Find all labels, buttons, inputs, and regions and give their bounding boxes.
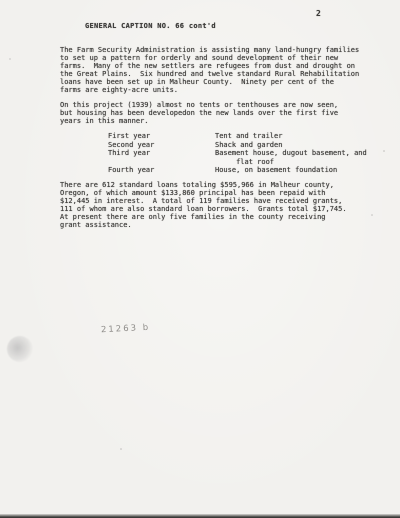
paragraph-housing-intro: On this project (1939) almost no tents o… bbox=[60, 102, 338, 126]
document-page: 2 GENERAL CAPTION NO. 66 cont'd The Farm… bbox=[0, 0, 400, 518]
paper-speck bbox=[9, 58, 11, 60]
paper-speck bbox=[383, 150, 385, 152]
housing-progression-list: First year Tent and trailer Second year … bbox=[108, 132, 367, 175]
list-item: Second year Shack and garden bbox=[108, 141, 367, 150]
stamp-smudge bbox=[7, 336, 33, 362]
year-value: Tent and trailer bbox=[215, 132, 282, 141]
list-item: Fourth year House, on basement foundatio… bbox=[108, 166, 367, 175]
scan-bottom-edge bbox=[0, 514, 400, 518]
year-value: Basement house, dugout basement, and fla… bbox=[215, 149, 367, 166]
paragraph-fsa-overview: The Farm Security Administration is assi… bbox=[60, 47, 359, 94]
paragraph-loan-statistics: There are 612 standard loans totaling $5… bbox=[60, 182, 347, 229]
handwritten-archive-number: 21263 b bbox=[101, 323, 151, 336]
year-label: First year bbox=[108, 132, 215, 141]
list-item: Third year Basement house, dugout baseme… bbox=[108, 149, 367, 166]
year-label: Third year bbox=[108, 149, 215, 158]
year-value: House, on basement foundation bbox=[215, 166, 337, 175]
caption-header: GENERAL CAPTION NO. 66 cont'd bbox=[85, 23, 216, 31]
list-item: First year Tent and trailer bbox=[108, 132, 367, 141]
paper-speck bbox=[120, 448, 122, 450]
year-label: Second year bbox=[108, 141, 215, 150]
paper-speck bbox=[371, 214, 373, 216]
year-label: Fourth year bbox=[108, 166, 215, 175]
year-value: Shack and garden bbox=[215, 141, 282, 150]
page-number: 2 bbox=[316, 10, 321, 18]
